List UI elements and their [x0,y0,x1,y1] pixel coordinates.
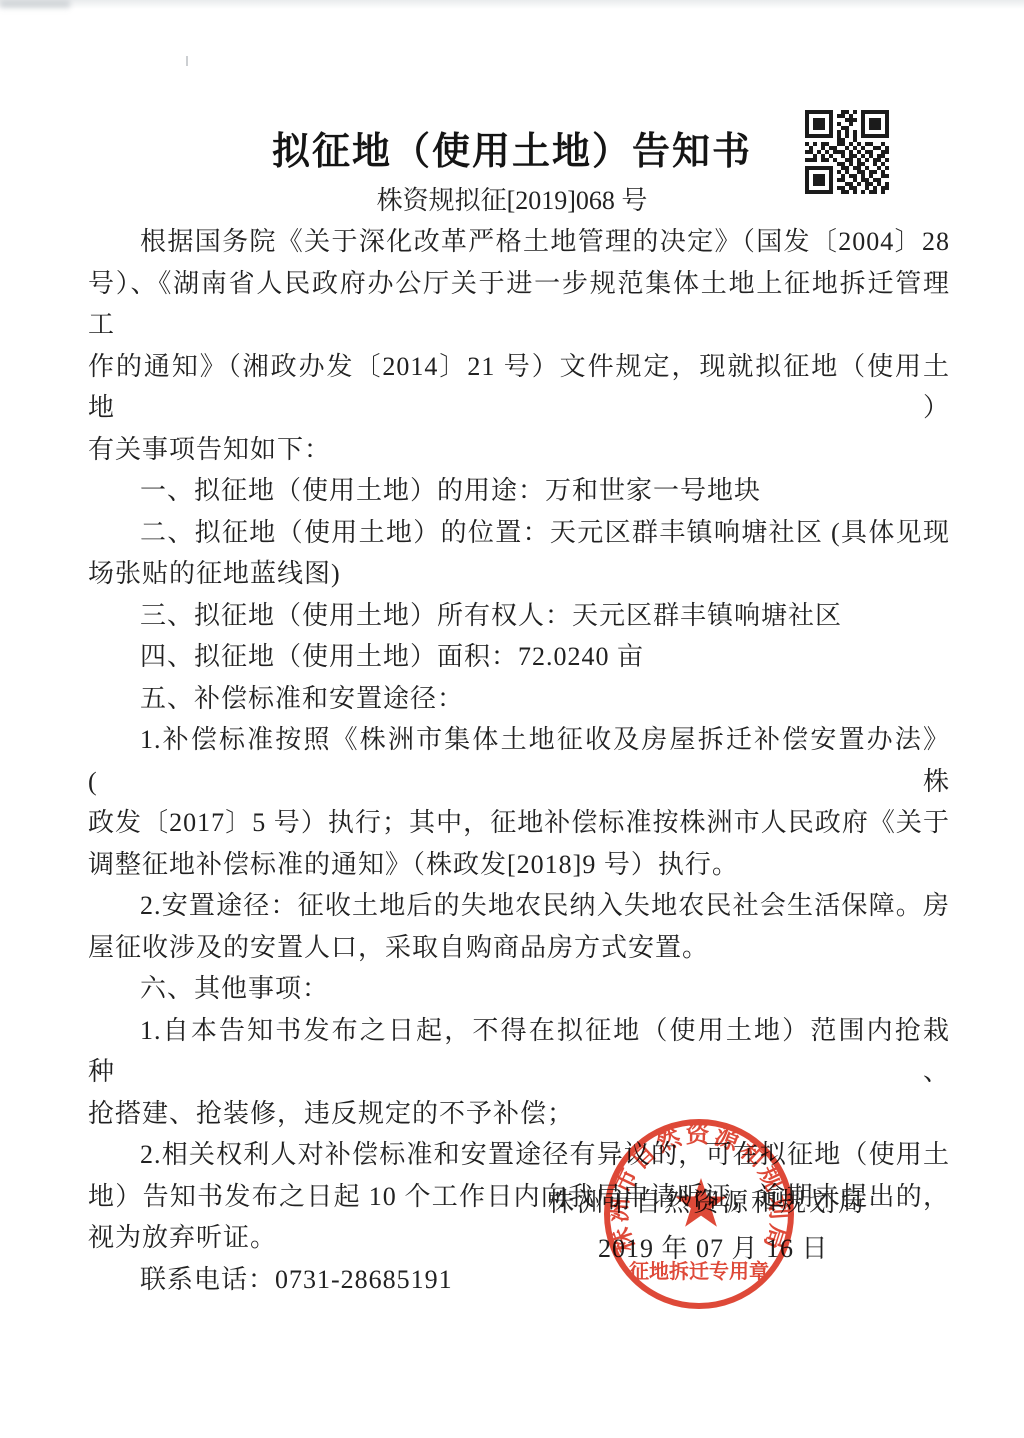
body-line: 有关事项告知如下： [88,429,950,471]
qr-code-svg [805,110,889,194]
body-line: 四、拟征地（使用土地）面积：72.0240 亩 [88,636,950,678]
seal-star [675,1178,726,1227]
body-line: 作的通知》（湘政办发〔2014〕21 号）文件规定，现就拟征地（使用土地） [88,346,950,429]
body-line: 2.相关权利人对补偿标准和安置途径有异议的，可在拟征地（使用土 [88,1134,950,1176]
seal-bottom-text: 征地拆迁专用章 [629,1259,769,1283]
body-line: 号）、《湖南省人民政府办公厅关于进一步规范集体土地上征地拆迁管理工 [88,263,950,346]
body-line: 1.自本告知书发布之日起，不得在拟征地（使用土地）范围内抢栽种、 [88,1010,950,1093]
scan-smudge-artifact [0,0,70,8]
body-line: 屋征收涉及的安置人口，采取自购商品房方式安置。 [88,927,950,969]
body-line: 三、拟征地（使用土地）所有权人：天元区群丰镇响塘社区 [88,595,950,637]
body-line: 1.补偿标准按照《株洲市集体土地征收及房屋拆迁补偿安置办法》(株 [88,719,950,802]
qr-code [805,110,889,194]
scan-edge-artifact [0,0,1024,10]
body-line: 二、拟征地（使用土地）的位置：天元区群丰镇响塘社区 (具体见现 [88,512,950,554]
body-line: 五、补偿标准和安置途径： [88,678,950,720]
body-line: 六、其他事项： [88,968,950,1010]
body-line: 抢搭建、抢装修，违反规定的不予补偿； [88,1093,950,1135]
body-line: 政发〔2017〕5 号）执行；其中，征地补偿标准按株洲市人民政府《关于 [88,802,950,844]
body-line: 2.安置途径：征收土地后的失地农民纳入失地农民社会生活保障。房 [88,885,950,927]
document-body: 根据国务院《关于深化改革严格土地管理的决定》（国发〔2004〕28号）、《湖南省… [88,221,950,1300]
body-line: 调整征地补偿标准的通知》（株政发[2018]9 号）执行。 [88,844,950,886]
body-line: 一、拟征地（使用土地）的用途：万和世家一号地块 [88,470,950,512]
scan-speck-artifact [186,56,188,66]
body-line: 根据国务院《关于深化改革严格土地管理的决定》（国发〔2004〕28 [88,221,950,263]
body-line: 场张贴的征地蓝线图) [88,553,950,595]
official-seal: 株洲市自然资源和规划局 征地拆迁专用章 [599,1114,799,1314]
scanned-document-page: 拟征地（使用土地）告知书 株资规拟征[2019]068 号 根据国务院《关于深化… [0,0,1024,1438]
